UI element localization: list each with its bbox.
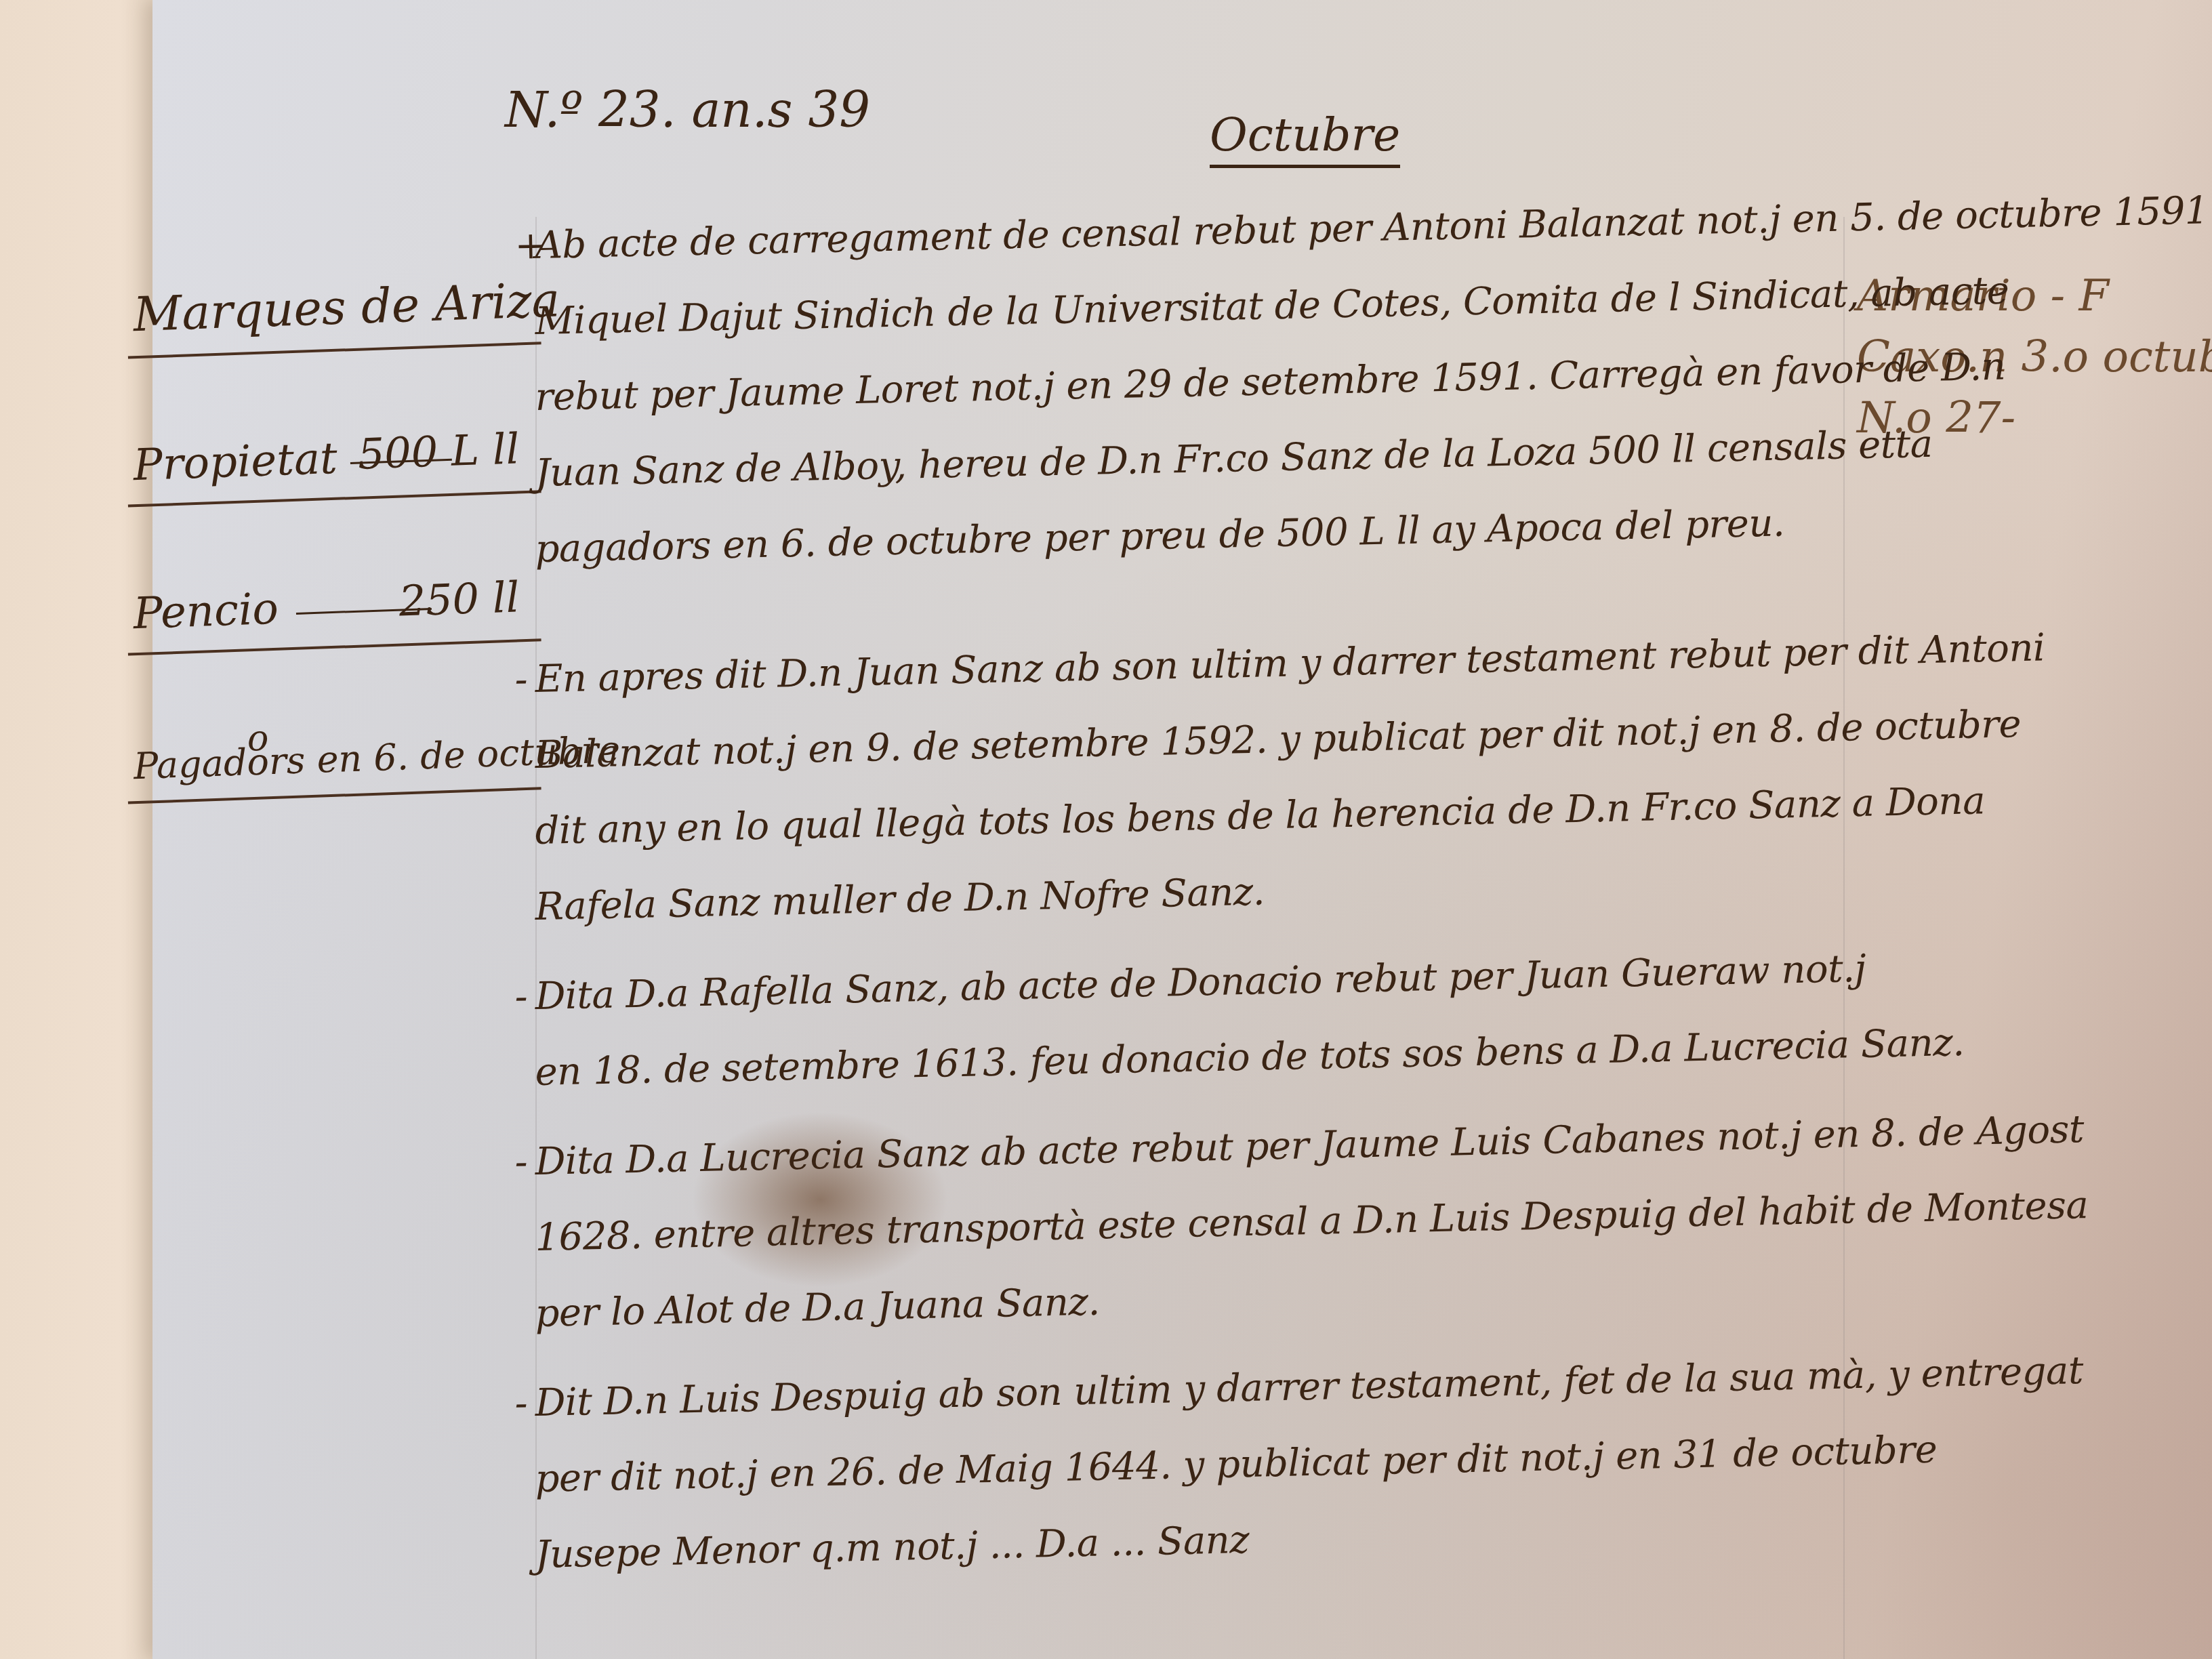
entry-2: -En apres dit D.n Juan Sanz ab son ultim… <box>535 657 1884 961</box>
margin-row-pencio: Pencio 250 ll <box>123 493 541 655</box>
margin-title: Marques de Ariza <box>132 272 560 342</box>
entry-1: +Ab acte de carregament de censal rebut … <box>535 224 1884 603</box>
entry-5: -Dit D.n Luis Despuig ab son ultim y dar… <box>535 1381 1884 1609</box>
left-margin-summary: Marques de Ariza Propietat 500 L ll Penc… <box>125 203 539 797</box>
entry-4: -Dita D.a Lucrecia Sanz ab acte rebut pe… <box>535 1140 1884 1368</box>
margin-value: 500 L ll <box>357 424 520 478</box>
margin-value: 250 ll <box>398 572 520 626</box>
entry-marker: - <box>514 1381 528 1425</box>
margin-label: Pencio <box>133 584 280 639</box>
entry-3: -Dita D.a Rafella Sanz, ab acte de Donac… <box>535 975 1884 1126</box>
reference-number: N.º 23. an.s 39 <box>505 81 870 138</box>
entry-marker: + <box>514 224 547 268</box>
entry-marker: - <box>514 657 528 701</box>
entry-marker: - <box>514 975 528 1019</box>
entries-body: +Ab acte de carregament de censal rebut … <box>535 224 1884 1609</box>
margin-row-propietat: Propietat 500 L ll <box>123 344 541 507</box>
month-heading: Octubre <box>1210 108 1400 168</box>
margin-row-pagadors: Pagadors en 6. de octubre <box>123 641 541 804</box>
margin-title-row: Marques de Ariza <box>123 196 541 359</box>
margin-label: Propietat <box>133 434 338 491</box>
margin-circle-mark: o <box>247 718 268 759</box>
entry-marker: - <box>514 1140 528 1184</box>
